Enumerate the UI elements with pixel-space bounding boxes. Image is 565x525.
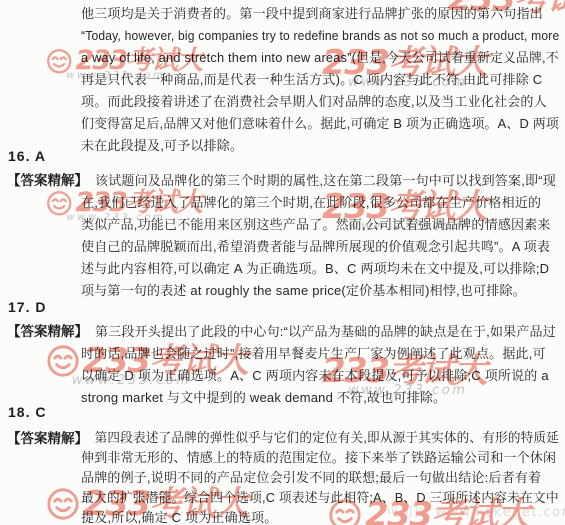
answer-heading-17: 17. D: [8, 299, 46, 315]
explanation-text: 该试题问及品牌化的第三个时期的属性,这在第二段第一句中可以找到答案,即“现在,我…: [81, 170, 556, 302]
text-line: 项。而此段接着讲述了在消费社会早期人们对品牌的态度,以及当工业化社会的人: [81, 91, 547, 113]
text-line: 最大的扩张潜能。综合四个选项,C 项表述与此相符;A、B、D 三项所述内容未在文…: [81, 488, 559, 508]
text-line: 们变得富足后,品牌又对他们意味着什么。据此,可确定 B 项为正确选项。A、D 两…: [81, 113, 559, 135]
text-line: 在,我们已经进入了品牌化的第三个时期,在此阶段,很多公司都在生产价格相近的: [81, 192, 541, 214]
text-line: 以确定 D 项为正确选项。A、C 两项内容未在本段提及,可予以排除;C 项所说的…: [81, 365, 549, 387]
text-line: 类似产品,功能已不能用来区别这些产品了。然而,公司试着强调品牌的情感因素来: [81, 214, 551, 236]
document-page: 他三项均是关于消费者的。第一段中提到商家进行品牌扩张的原因的第六句指出“Toda…: [0, 0, 565, 525]
text-line: 项与第一句的表述 at roughly the same price(定价基本相…: [81, 280, 526, 302]
text-line: 第三段开头提出了此段的中心句:“以产品为基础的品牌的缺点是在于,如果产品过: [81, 321, 556, 343]
text-line: strong market 与文中提到的 weak demand 不符,故也可排…: [81, 387, 446, 409]
text-line: 述与此内容相符,可以确定 A 为正确选项。B、C 两项均未在文中提及,可以排除;…: [81, 258, 549, 280]
text-line: 未在此段提及,可予以排除。: [81, 135, 243, 157]
text-line: “Today, however, big companies try to re…: [81, 25, 559, 47]
page-content: 他三项均是关于消费者的。第一段中提到商家进行品牌扩张的原因的第六句指出“Toda…: [0, 0, 565, 525]
explanation-label: 【答案精解】: [7, 428, 88, 450]
explanation-label: 【答案精解】: [7, 321, 88, 343]
text-line: 使自己的品牌脱颖而出,希望消费者能与品牌所展现的价值观念引起共鸣”。A 项表: [81, 236, 550, 258]
text-line: 第四段表述了品牌的弹性似乎与它们的定位有关,即从源于其实体的、有形的特质延: [81, 428, 559, 448]
intro-paragraph: 他三项均是关于消费者的。第一段中提到商家进行品牌扩张的原因的第六句指出“Toda…: [81, 3, 565, 157]
text-line: 再是只代表一种商品,而是代表一种生活方式)。C 项内容与此不符,由此可排除 C: [81, 69, 542, 91]
answer-heading-18: 18. C: [8, 404, 46, 420]
explanation-text: 第三段开头提出了此段的中心句:“以产品为基础的品牌的缺点是在于,如果产品过时的话…: [81, 321, 556, 409]
explanation-text: 第四段表述了品牌的弹性似乎与它们的定位有关,即从源于其实体的、有形的特质延伸到非…: [81, 428, 565, 525]
text-line: a way of life, and stretch them into new…: [81, 47, 559, 69]
explanation-label: 【答案精解】: [7, 170, 88, 192]
text-line: 他三项均是关于消费者的。第一段中提到商家进行品牌扩张的原因的第六句指出: [81, 3, 543, 25]
text-line: 品牌的例子,说明不同的产品定位会引发不同的联想;最后一句做出结论:后者有着: [81, 468, 541, 488]
text-line: 该试题问及品牌化的第三个时期的属性,这在第二段第一句中可以找到答案,即“现: [81, 170, 556, 192]
text-line: 伸到非常无形的、情感上的特质的范围定位。接下来举了铁路运输公司和一个休闲: [81, 448, 556, 468]
text-line: 提及,所以,确定 C 项为正确选项。: [81, 508, 277, 525]
text-line: 时的话,品牌也会随之过时”,接着用早餐麦片生产厂家为例阐述了此观点。据此,可: [81, 343, 546, 365]
answer-heading-16: 16. A: [8, 148, 46, 164]
